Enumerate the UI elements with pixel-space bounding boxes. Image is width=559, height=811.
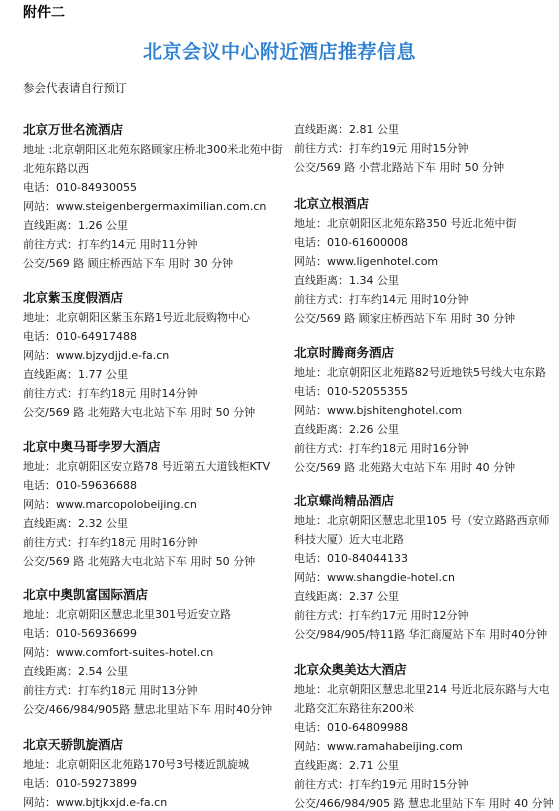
hotel-bus: 公交/569 路 北苑路大屯北站下车 用时 50 分钟	[23, 552, 285, 571]
hotel-taxi: 前往方式：打车约18元 用时16分钟	[294, 439, 556, 458]
hotel-distance: 直线距离：2.37 公里	[294, 587, 556, 606]
hotel-bus: 公交/569 路 小营北路站下车 用时 50 分钟	[294, 158, 556, 177]
hotel-phone: 电话：010-84930055	[23, 178, 285, 197]
hotel-address: 地址：北京朝阳区慧忠北里214 号近北辰东路与大屯北路交汇东路往东200米	[294, 680, 556, 718]
hotel-address: 地址：北京朝阳区北苑路170号3号楼近凯旋城	[23, 755, 285, 774]
hotel-taxi: 前往方式：打车约18元 用时13分钟	[23, 681, 285, 700]
hotel-distance: 直线距离：2.26 公里	[294, 420, 556, 439]
hotel-taxi: 前往方式：打车约14元 用时10分钟	[294, 290, 556, 309]
hotel-phone: 电话：010-56936699	[23, 624, 285, 643]
hotel-bus: 公交/569 路 北苑路大屯站下车 用时 40 分钟	[294, 458, 556, 477]
hotel-card: 北京中奥凯富国际酒店 地址：北京朝阳区慧忠北里301号近安立路 电话：010-5…	[23, 585, 285, 719]
hotel-distance: 直线距离：1.34 公里	[294, 271, 556, 290]
hotel-distance: 直线距离：2.32 公里	[23, 514, 285, 533]
hotel-card-continued: 直线距离：2.81 公里 前往方式：打车约19元 用时15分钟 公交/569 路…	[294, 120, 556, 177]
document-title: 北京会议中心附近酒店推荐信息	[0, 37, 559, 64]
hotel-card: 北京时腾商务酒店 地址：北京朝阳区北苑路82号近地铁5号线大屯东路 电话：010…	[294, 343, 556, 477]
hotel-name: 北京中奥马哥孛罗大酒店	[23, 437, 285, 457]
hotel-name: 北京万世名流酒店	[23, 120, 285, 140]
hotel-website: 网站：www.bjtjkxjd.e-fa.cn	[23, 793, 285, 811]
hotel-phone: 电话：010-59636688	[23, 476, 285, 495]
hotel-taxi: 前往方式：打车约18元 用时14分钟	[23, 384, 285, 403]
hotel-website: 网站：www.ramahabeijing.com	[294, 737, 556, 756]
hotel-name: 北京紫玉度假酒店	[23, 288, 285, 308]
hotel-address: 地址：北京朝阳区北苑东路350 号近北苑中街	[294, 214, 556, 233]
hotel-address: 地址：北京朝阳区紫玉东路1号近北辰购物中心	[23, 308, 285, 327]
hotel-phone: 电话：010-61600008	[294, 233, 556, 252]
hotel-bus: 公交/569 路 顾家庄桥西站下车 用时 30 分钟	[294, 309, 556, 328]
hotel-phone: 电话：010-59273899	[23, 774, 285, 793]
hotel-bus: 公交/569 路 顾庄桥西站下车 用时 30 分钟	[23, 254, 285, 273]
hotel-distance: 直线距离：1.77 公里	[23, 365, 285, 384]
hotel-website: 网站：www.shangdie-hotel.cn	[294, 568, 556, 587]
attachment-label: 附件二	[23, 2, 65, 22]
hotel-taxi: 前往方式：打车约14元 用时11分钟	[23, 235, 285, 254]
hotel-address: 地址：北京朝阳区慧忠北里301号近安立路	[23, 605, 285, 624]
hotel-name: 北京天骄凯旋酒店	[23, 735, 285, 755]
hotel-card: 北京蝶尚精品酒店 地址：北京朝阳区慧忠北里105 号（安立路路西京师科技大厦）近…	[294, 491, 556, 644]
hotel-taxi: 前往方式：打车约18元 用时16分钟	[23, 533, 285, 552]
hotel-phone: 电话：010-64917488	[23, 327, 285, 346]
hotel-taxi: 前往方式：打车约19元 用时15分钟	[294, 139, 556, 158]
hotel-address: 地址：北京朝阳区北苑路82号近地铁5号线大屯东路	[294, 363, 556, 382]
hotel-distance: 直线距离：2.71 公里	[294, 756, 556, 775]
hotel-name: 北京中奥凯富国际酒店	[23, 585, 285, 605]
hotel-website: 网站：www.marcopolobeijing.cn	[23, 495, 285, 514]
hotel-address: 地址：北京朝阳区安立路78 号近第五大道钱柜KTV	[23, 457, 285, 476]
hotel-phone: 电话：010-64809988	[294, 718, 556, 737]
hotel-distance: 直线距离：1.26 公里	[23, 216, 285, 235]
hotel-card: 北京紫玉度假酒店 地址：北京朝阳区紫玉东路1号近北辰购物中心 电话：010-64…	[23, 288, 285, 422]
hotel-bus: 公交/569 路 北苑路大屯北站下车 用时 50 分钟	[23, 403, 285, 422]
hotel-taxi: 前往方式：打车约17元 用时12分钟	[294, 606, 556, 625]
hotel-name: 北京众奥美达大酒店	[294, 660, 556, 680]
hotel-taxi: 前往方式：打车约19元 用时15分钟	[294, 775, 556, 794]
hotel-distance: 直线距离：2.81 公里	[294, 120, 556, 139]
hotel-card: 北京万世名流酒店 地址 :北京朝阳区北苑东路顾家庄桥北300米北苑中街北苑东路以…	[23, 120, 285, 273]
hotel-name: 北京立根酒店	[294, 194, 556, 214]
hotel-bus: 公交/466/984/905 路 慧忠北里站下车 用时 40 分钟	[294, 794, 556, 811]
hotel-card: 北京立根酒店 地址：北京朝阳区北苑东路350 号近北苑中街 电话：010-616…	[294, 194, 556, 328]
hotel-bus: 公交/466/984/905路 慧忠北里站下车 用时40分钟	[23, 700, 285, 719]
hotel-card: 北京天骄凯旋酒店 地址：北京朝阳区北苑路170号3号楼近凯旋城 电话：010-5…	[23, 735, 285, 811]
hotel-card: 北京众奥美达大酒店 地址：北京朝阳区慧忠北里214 号近北辰东路与大屯北路交汇东…	[294, 660, 556, 811]
hotel-name: 北京蝶尚精品酒店	[294, 491, 556, 511]
hotel-address: 地址 :北京朝阳区北苑东路顾家庄桥北300米北苑中街北苑东路以西	[23, 140, 285, 178]
hotel-name: 北京时腾商务酒店	[294, 343, 556, 363]
hotel-phone: 电话：010-84044133	[294, 549, 556, 568]
hotel-website: 网站：www.bjshitenghotel.com	[294, 401, 556, 420]
hotel-bus: 公交/984/905/特11路 华汇商厦站下车 用时40分钟	[294, 625, 556, 644]
hotel-distance: 直线距离：2.54 公里	[23, 662, 285, 681]
hotel-card: 北京中奥马哥孛罗大酒店 地址：北京朝阳区安立路78 号近第五大道钱柜KTV 电话…	[23, 437, 285, 571]
intro-text: 参会代表请自行预订	[23, 80, 127, 96]
hotel-address: 地址：北京朝阳区慧忠北里105 号（安立路路西京师科技大厦）近大屯北路	[294, 511, 556, 549]
hotel-phone: 电话：010-52055355	[294, 382, 556, 401]
hotel-website: 网站：www.comfort-suites-hotel.cn	[23, 643, 285, 662]
hotel-website: 网站：www.ligenhotel.com	[294, 252, 556, 271]
hotel-website: 网站：www.bjzydjjd.e-fa.cn	[23, 346, 285, 365]
hotel-website: 网站：www.steigenbergermaximilian.com.cn	[23, 197, 285, 216]
